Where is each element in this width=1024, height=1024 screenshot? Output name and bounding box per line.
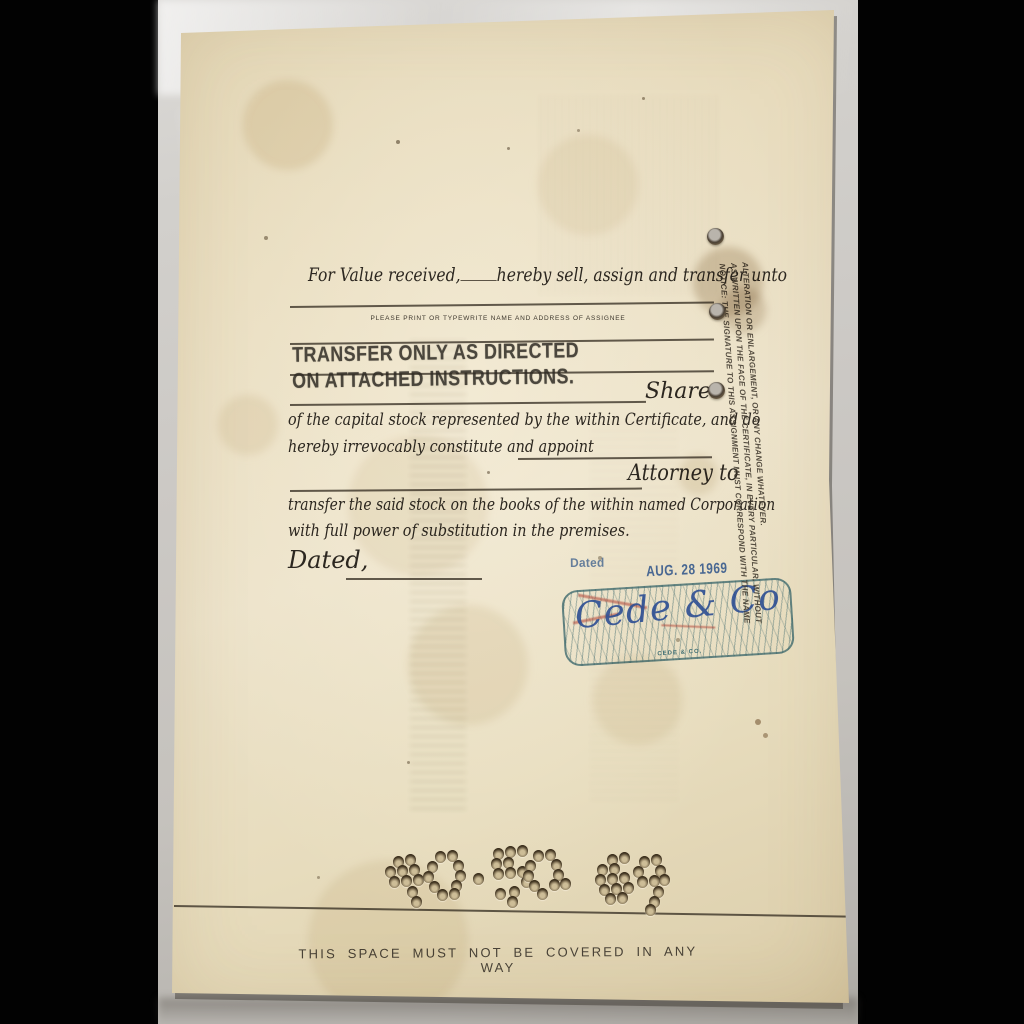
paper-speck xyxy=(317,876,320,879)
paper-stain xyxy=(538,135,638,235)
footer-notice: THIS SPACE MUST NOT BE COVERED IN ANY WA… xyxy=(293,944,703,977)
paper-speck xyxy=(755,719,761,725)
paper-stain xyxy=(243,80,333,170)
paper-speck xyxy=(487,471,490,474)
attorney-label: Attorney to xyxy=(628,461,739,486)
perforation-hole xyxy=(473,873,484,885)
ruled-line xyxy=(290,488,642,492)
perforation-hole xyxy=(533,850,544,862)
restriction-stamp-line2: ON ATTACHED INSTRUCTIONS. xyxy=(292,365,575,394)
signature-notice: NOTICE: THE SIGNATURE TO THIS ASSIGNMENT… xyxy=(716,261,782,635)
punched-hole xyxy=(709,303,726,320)
paper-stain xyxy=(218,395,278,455)
assignee-caption: PLEASE PRINT OR TYPEWRITE NAME AND ADDRE… xyxy=(348,315,648,322)
ruled-line xyxy=(290,302,714,308)
perforation-hole xyxy=(637,876,648,888)
letterbox-right xyxy=(858,0,1024,1024)
perforation-hole xyxy=(549,879,560,891)
date-rubber-stamp: AUG. 28 1969 xyxy=(646,559,728,579)
restriction-stamp-line1: TRANSFER ONLY AS DIRECTED xyxy=(292,339,579,368)
ruled-line xyxy=(290,401,646,406)
perforation-hole xyxy=(619,852,630,864)
perforation-hole xyxy=(505,867,516,879)
letterbox-left xyxy=(0,0,158,1024)
perforation-hole xyxy=(605,893,616,905)
body-line1: of the capital stock represented by the … xyxy=(288,410,760,429)
perforation-hole xyxy=(449,888,460,900)
perforation-hole xyxy=(411,896,422,908)
perforation-hole xyxy=(493,868,504,880)
ruled-line xyxy=(346,578,482,580)
blank-fill-line xyxy=(461,261,497,281)
perforation-hole xyxy=(437,889,448,901)
cede-co-caption: CEDE & CO. xyxy=(567,643,793,663)
paper-speck xyxy=(264,236,268,240)
punched-hole xyxy=(708,382,725,399)
perforation-hole xyxy=(435,851,446,863)
perforation-hole xyxy=(413,874,424,886)
perforation-hole xyxy=(507,896,518,908)
body-line4: with full power of substitution in the p… xyxy=(288,521,630,540)
paper-speck xyxy=(577,129,580,132)
paper-speck xyxy=(642,97,645,100)
paper-speck xyxy=(763,733,768,738)
body-line2: hereby irrevocably constitute and appoin… xyxy=(288,437,594,456)
certificate-photo: For Value received,hereby sell, assign a… xyxy=(0,0,1024,1024)
perforation-hole xyxy=(645,904,656,916)
paper-stain xyxy=(408,605,528,725)
certificate-paper: For Value received,hereby sell, assign a… xyxy=(158,0,858,1024)
punched-hole xyxy=(707,228,724,245)
paper-speck xyxy=(507,147,510,150)
dated-label: Dated, xyxy=(288,546,368,574)
paper-speck xyxy=(407,761,410,764)
perforation-hole xyxy=(389,876,400,888)
paper-stain xyxy=(593,655,683,745)
value-received-pre: For Value received, xyxy=(308,264,461,286)
perforation-hole xyxy=(560,878,571,890)
ruled-line xyxy=(518,456,712,459)
paper-speck xyxy=(396,140,400,144)
perforation-hole xyxy=(517,845,528,857)
dated-rubber-stamp: Dated xyxy=(570,556,605,570)
perforation-hole xyxy=(617,892,628,904)
perforation-hole xyxy=(537,888,548,900)
perforation-hole xyxy=(495,888,506,900)
body-line3: transfer the said stock on the books of … xyxy=(288,495,775,514)
perforation-hole xyxy=(401,875,412,887)
perforation-hole xyxy=(659,874,670,886)
